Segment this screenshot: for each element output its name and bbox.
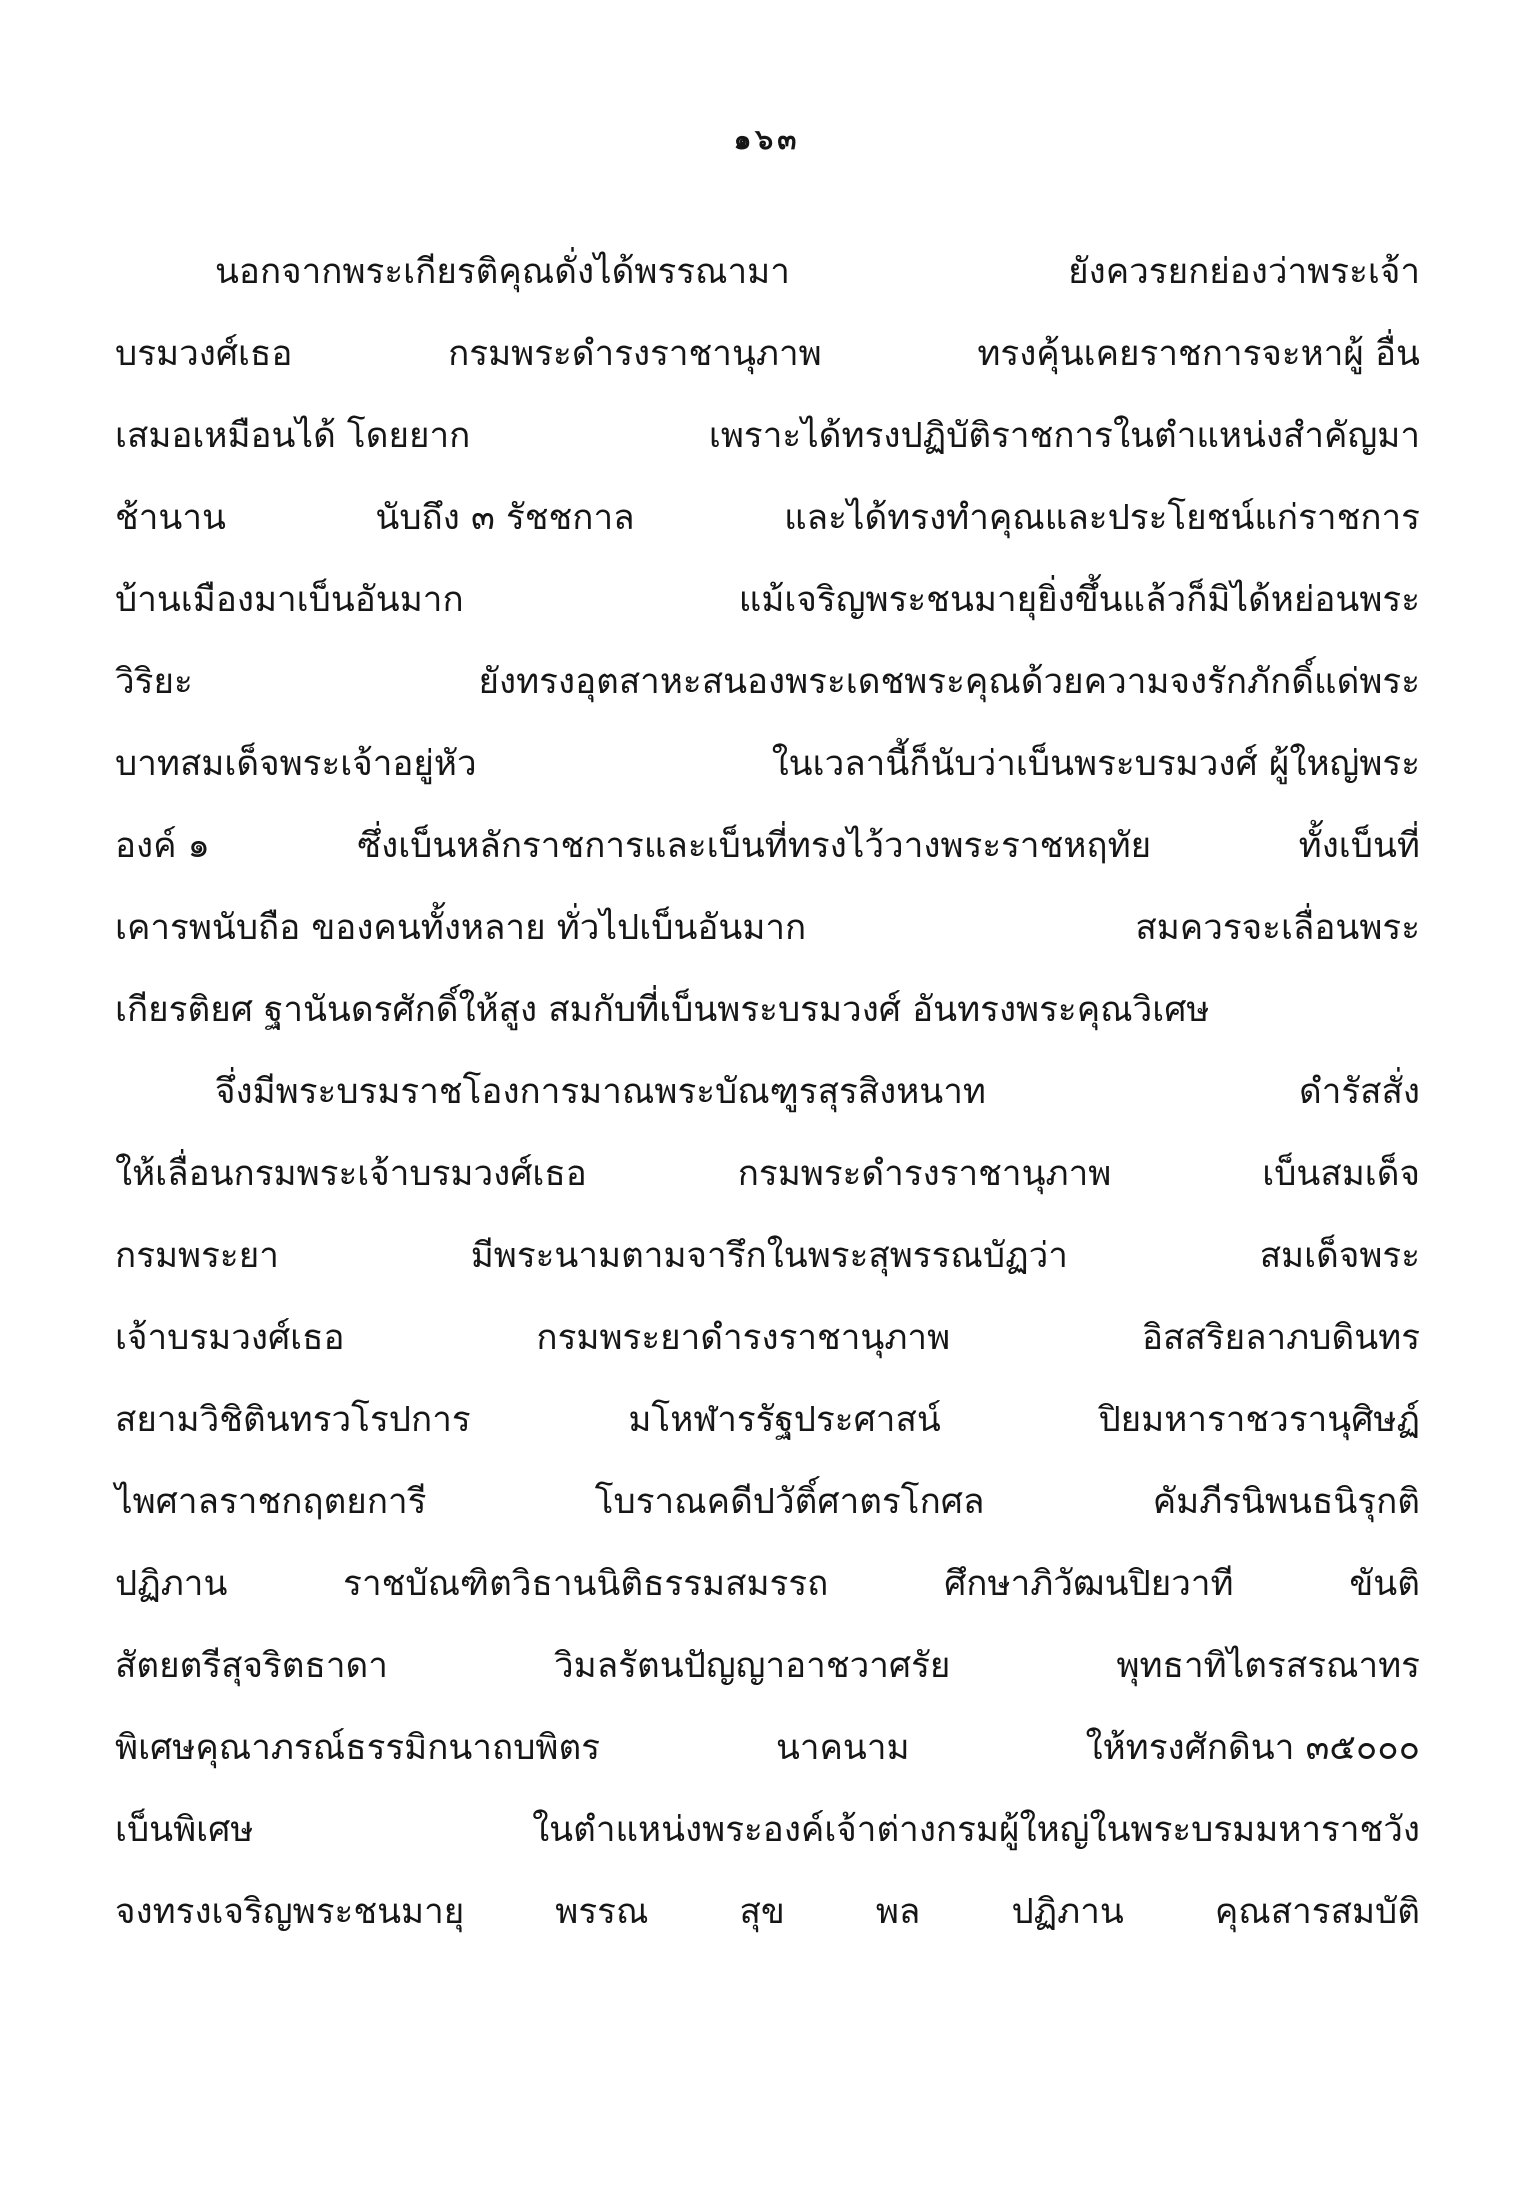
line-segment: ทั้งเบ็นที่ bbox=[1299, 823, 1420, 870]
line-segment: บรมวงศ์เธอ bbox=[115, 331, 292, 378]
line-segment: ช้านาน bbox=[115, 495, 226, 542]
line-segment: เคารพนับถือ ของคนทั้งหลาย ทั่วไปเบ็นอันม… bbox=[115, 905, 806, 952]
line-segment: พุทธาทิไตรสรณาทร bbox=[1116, 1643, 1420, 1690]
line-segment: ให้เลื่อนกรมพระเจ้าบรมวงศ์เธอ bbox=[115, 1151, 587, 1198]
text-line: สัตยตรีสุจริตธาดาวิมลรัตนปัญญาอาชวาศรัยพ… bbox=[115, 1608, 1420, 1690]
line-segment: มโหฬารรัฐประศาสน์ bbox=[628, 1397, 940, 1444]
text-line: พิเศษคุณาภรณ์ธรรมิกนาถบพิตรนาคนามให้ทรงศ… bbox=[115, 1690, 1420, 1772]
line-segment: ให้ทรงศักดินา ๓๕๐๐๐ bbox=[1086, 1725, 1420, 1772]
line-segment: กรมพระยาดำรงราชานุภาพ bbox=[536, 1315, 950, 1362]
line-segment: ไพศาลราชกฤตยการี bbox=[115, 1479, 426, 1526]
text-line: เบ็นพิเศษในตำแหน่งพระองค์เจ้าต่างกรมผู้ใ… bbox=[115, 1772, 1420, 1854]
line-segment: สมควรจะเลื่อนพระ bbox=[1135, 905, 1420, 952]
text-line: เกียรติยศ ฐานันดรศักดิ์ให้สูง สมกับที่เบ… bbox=[115, 952, 1420, 1034]
line-segment: ศึกษาภิวัฒนปิยวาที bbox=[944, 1561, 1234, 1608]
line-segment: ปฏิภาน bbox=[115, 1561, 227, 1608]
line-segment: ปฏิภาน bbox=[1011, 1889, 1123, 1936]
line-segment: นาคนาม bbox=[776, 1725, 910, 1772]
line-segment: จึ่งมีพระบรมราชโองการมาณพระบัณฑูรสุรสิงห… bbox=[215, 1069, 986, 1116]
line-segment: โบราณคดีปวัติ์ศาตรโกศล bbox=[595, 1479, 985, 1526]
text-line: บ้านเมืองมาเบ็นอันมากแม้เจริญพระชนมายุยิ… bbox=[115, 542, 1420, 624]
line-segment: คุณสารสมบัติ bbox=[1215, 1889, 1420, 1936]
line-segment: ปิยมหาราชวรานุศิษฏ์ bbox=[1098, 1397, 1420, 1444]
line-segment: บาทสมเด็จพระเจ้าอยู่หัว bbox=[115, 741, 477, 788]
text-line: นอกจากพระเกียรติคุณดั่งได้พรรณามายังควรย… bbox=[115, 214, 1420, 296]
text-line: บรมวงศ์เธอกรมพระดำรงราชานุภาพทรงคุ้นเคยร… bbox=[115, 296, 1420, 378]
text-line: กรมพระยามีพระนามตามจารึกในพระสุพรรณบัฏว่… bbox=[115, 1198, 1420, 1280]
line-segment: วิมลรัตนปัญญาอาชวาศรัย bbox=[554, 1643, 950, 1690]
line-segment: และได้ทรงทำคุณและประโยชน์แก่ราชการ bbox=[784, 495, 1420, 542]
line-segment: พล bbox=[876, 1889, 921, 1936]
text-line: เจ้าบรมวงศ์เธอกรมพระยาดำรงราชานุภาพอิสสร… bbox=[115, 1280, 1420, 1362]
line-segment: จงทรงเจริญพระชนมายุ bbox=[115, 1889, 464, 1936]
text-line: ไพศาลราชกฤตยการีโบราณคดีปวัติ์ศาตรโกศลคั… bbox=[115, 1444, 1420, 1526]
line-segment: นอกจากพระเกียรติคุณดั่งได้พรรณามา bbox=[215, 249, 790, 296]
line-segment: กรมพระดำรงราชานุภาพ bbox=[448, 331, 822, 378]
line-segment: พรรณ bbox=[555, 1889, 648, 1936]
line-segment: เกียรติยศ ฐานันดรศักดิ์ให้สูง สมกับที่เบ… bbox=[115, 987, 1210, 1034]
line-segment: เพราะได้ทรงปฏิบัติราชการในตำแหน่งสำคัญมา bbox=[709, 413, 1420, 460]
line-segment: ราชบัณฑิตวิธานนิติธรรมสมรรถ bbox=[343, 1561, 828, 1608]
text-line: สยามวิชิตินทรวโรปการมโหฬารรัฐประศาสน์ปิย… bbox=[115, 1362, 1420, 1444]
line-segment: ทรงคุ้นเคยราชการจะหาผู้ อื่น bbox=[977, 331, 1420, 378]
text-line: ปฏิภานราชบัณฑิตวิธานนิติธรรมสมรรถศึกษาภิ… bbox=[115, 1526, 1420, 1608]
line-segment: วิริยะ bbox=[115, 659, 193, 706]
line-segment: ยังควรยกย่องว่าพระเจ้า bbox=[1068, 249, 1420, 296]
line-segment: นับถึง ๓ รัชชกาล bbox=[375, 495, 634, 542]
line-segment: สุข bbox=[740, 1889, 785, 1936]
line-segment: กรมพระดำรงราชานุภาพ bbox=[738, 1151, 1112, 1198]
line-segment: แม้เจริญพระชนมายุยิ่งขึ้นแล้วก็มิได้หย่อ… bbox=[739, 577, 1420, 624]
text-line: จึ่งมีพระบรมราชโองการมาณพระบัณฑูรสุรสิงห… bbox=[115, 1034, 1420, 1116]
line-segment: สัตยตรีสุจริตธาดา bbox=[115, 1643, 388, 1690]
line-segment: เบ็นพิเศษ bbox=[115, 1807, 253, 1854]
body-text-block: นอกจากพระเกียรติคุณดั่งได้พรรณามายังควรย… bbox=[115, 214, 1420, 1936]
page-number: ๑๖๓ bbox=[0, 0, 1534, 162]
text-line: เคารพนับถือ ของคนทั้งหลาย ทั่วไปเบ็นอันม… bbox=[115, 870, 1420, 952]
line-segment: บ้านเมืองมาเบ็นอันมาก bbox=[115, 577, 464, 624]
text-line: เสมอเหมือนได้ โดยยากเพราะได้ทรงปฏิบัติรา… bbox=[115, 378, 1420, 460]
line-segment: สยามวิชิตินทรวโรปการ bbox=[115, 1397, 471, 1444]
line-segment: อิสสริยลาภบดินทร bbox=[1142, 1315, 1420, 1362]
line-segment: พิเศษคุณาภรณ์ธรรมิกนาถบพิตร bbox=[115, 1725, 600, 1772]
text-line: ให้เลื่อนกรมพระเจ้าบรมวงศ์เธอกรมพระดำรงร… bbox=[115, 1116, 1420, 1198]
text-line: องค์ ๑ซึ่งเบ็นหลักราชการและเบ็นที่ทรงไว้… bbox=[115, 788, 1420, 870]
scanned-book-page: ๑๖๓ นอกจากพระเกียรติคุณดั่งได้พรรณามายัง… bbox=[0, 0, 1534, 2209]
line-segment: เสมอเหมือนได้ โดยยาก bbox=[115, 413, 470, 460]
text-line: ช้านานนับถึง ๓ รัชชกาลและได้ทรงทำคุณและป… bbox=[115, 460, 1420, 542]
line-segment: มีพระนามตามจารึกในพระสุพรรณบัฏว่า bbox=[471, 1233, 1068, 1280]
line-segment: ดำรัสสั่ง bbox=[1299, 1069, 1420, 1116]
line-segment: องค์ ๑ bbox=[115, 823, 210, 870]
line-segment: คัมภีรนิพนธนิรุกติ bbox=[1153, 1479, 1420, 1526]
text-line: จงทรงเจริญพระชนมายุพรรณสุขพลปฏิภานคุณสาร… bbox=[115, 1854, 1420, 1936]
text-line: วิริยะยังทรงอุตสาหะสนองพระเดชพระคุณด้วยค… bbox=[115, 624, 1420, 706]
line-segment: ขันติ bbox=[1349, 1561, 1420, 1608]
line-segment: สมเด็จพระ bbox=[1260, 1233, 1420, 1280]
line-segment: ยังทรงอุตสาหะสนองพระเดชพระคุณด้วยความจงร… bbox=[479, 659, 1420, 706]
line-segment: เบ็นสมเด็จ bbox=[1262, 1151, 1420, 1198]
line-segment: ซึ่งเบ็นหลักราชการและเบ็นที่ทรงไว้วางพระ… bbox=[357, 823, 1151, 870]
text-line: บาทสมเด็จพระเจ้าอยู่หัวในเวลานี้ก็นับว่า… bbox=[115, 706, 1420, 788]
line-segment: เจ้าบรมวงศ์เธอ bbox=[115, 1315, 345, 1362]
line-segment: กรมพระยา bbox=[115, 1233, 279, 1280]
line-segment: ในตำแหน่งพระองค์เจ้าต่างกรมผู้ใหญ่ในพระบ… bbox=[532, 1807, 1420, 1854]
line-segment: ในเวลานี้ก็นับว่าเบ็นพระบรมวงศ์ ผู้ใหญ่พ… bbox=[772, 741, 1420, 788]
